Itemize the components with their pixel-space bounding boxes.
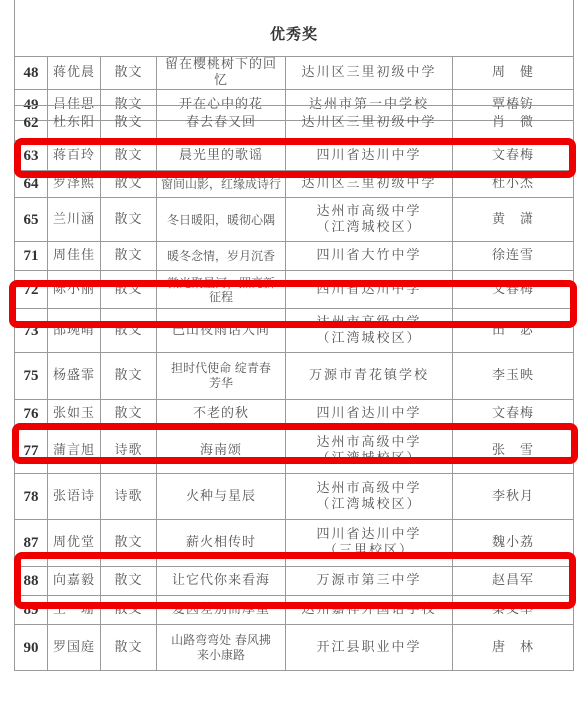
student-name: 陈小丽 <box>48 271 101 309</box>
table-row: 77 蒲言旭 诗歌 海南颂 达州市高级中学 （江湾城校区） 张 雪 <box>15 429 574 474</box>
genre: 散文 <box>101 171 157 198</box>
genre: 散文 <box>101 520 157 567</box>
work-title: 让它代你来看海 <box>157 567 286 596</box>
teacher-name: 田 宓 <box>453 309 574 353</box>
work-title: 留在樱桃树下的回忆 <box>157 57 286 90</box>
entry-number: 63 <box>15 141 48 171</box>
entry-number: 88 <box>15 567 48 596</box>
genre: 散文 <box>101 271 157 309</box>
school-name: 四川省达川中学 （三里校区） <box>286 520 453 567</box>
teacher-name: 黄 潇 <box>453 198 574 242</box>
work-title: 晨光里的歌谣 <box>157 141 286 171</box>
school-name: 四川省达川中学 <box>286 400 453 429</box>
table-row: 71 周佳佳 散文 暖冬念情，岁月沉香 四川省大竹中学 徐连雪 <box>15 242 574 271</box>
school-name: 达川区三里初级中学 <box>286 171 453 198</box>
teacher-name: 杜小杰 <box>453 171 574 198</box>
award-table-top: 优秀奖 48 蒋优晨 散文 留在樱桃树下的回忆 达川区三里初级中学 周 健 49… <box>14 0 574 121</box>
school-name: 达州市高级中学 （江湾城校区） <box>286 474 453 520</box>
teacher-name: 肖 微 <box>453 106 574 141</box>
table-row: 90 罗国庭 散文 山路弯弯处 春风拂 来小康路 开江县职业中学 唐 林 <box>15 625 574 671</box>
table-row: 65 兰川涵 散文 冬日暖阳，暖彻心隅 达州市高级中学 （江湾城校区） 黄 潇 <box>15 198 574 242</box>
table-row: 89 王 珊 散文 爱因差别而厚重 达州嘉祥外国语学校 秦文举 <box>15 596 574 625</box>
entry-number: 48 <box>15 57 48 90</box>
work-title: 巴山夜雨话人间 <box>157 309 286 353</box>
school-line: 达州市高级中学 <box>288 435 450 451</box>
work-title: 爱因差别而厚重 <box>157 596 286 625</box>
genre: 散文 <box>101 400 157 429</box>
work-title: 暖冬念情，岁月沉香 <box>157 242 286 271</box>
student-name: 向嘉毅 <box>48 567 101 596</box>
teacher-name: 文春梅 <box>453 400 574 429</box>
teacher-name: 文春梅 <box>453 271 574 309</box>
school-line: 达州市高级中学 <box>288 315 450 331</box>
genre: 诗歌 <box>101 474 157 520</box>
student-name: 兰川涵 <box>48 198 101 242</box>
genre: 散文 <box>101 106 157 141</box>
school-campus-line: （江湾城校区） <box>288 451 450 467</box>
entry-number: 64 <box>15 171 48 198</box>
genre: 散文 <box>101 309 157 353</box>
entry-number: 71 <box>15 242 48 271</box>
school-name: 四川省达川中学 <box>286 271 453 309</box>
table-row: 75 杨盛霏 散文 担时代使命 绽青春 芳华 万源市青花镇学校 李玉映 <box>15 353 574 400</box>
work-title: 冬日暖阳，暖彻心隅 <box>157 198 286 242</box>
student-name: 蒋优晨 <box>48 57 101 90</box>
work-title: 海南颂 <box>157 429 286 474</box>
teacher-name: 唐 林 <box>453 625 574 671</box>
school-line: 四川省达川中学 <box>288 527 450 543</box>
school-name: 达川区三里初级中学 <box>286 106 453 141</box>
school-name: 开江县职业中学 <box>286 625 453 671</box>
genre: 诗歌 <box>101 429 157 474</box>
student-name: 张语诗 <box>48 474 101 520</box>
student-name: 蒋百玲 <box>48 141 101 171</box>
teacher-name: 秦文举 <box>453 596 574 625</box>
genre: 散文 <box>101 625 157 671</box>
work-title-line: 微光聚星河，照亮新 <box>159 276 283 290</box>
table-row: 62 杜东阳 散文 春去春又回 达川区三里初级中学 肖 微 <box>15 106 574 141</box>
teacher-name: 赵昌军 <box>453 567 574 596</box>
school-line: 达州市高级中学 <box>288 481 450 497</box>
school-name: 万源市青花镇学校 <box>286 353 453 400</box>
work-title-line: 征程 <box>159 290 283 304</box>
table-row: 64 罗泽熙 散文 窗间山影，红缘成诗行 达川区三里初级中学 杜小杰 <box>15 171 574 198</box>
work-title: 山路弯弯处 春风拂 来小康路 <box>157 625 286 671</box>
work-title: 窗间山影，红缘成诗行 <box>157 171 286 198</box>
student-name: 张如玉 <box>48 400 101 429</box>
entry-number: 72 <box>15 271 48 309</box>
school-name: 达州市高级中学 （江湾城校区） <box>286 309 453 353</box>
entry-number: 75 <box>15 353 48 400</box>
school-name: 四川省大竹中学 <box>286 242 453 271</box>
table-row: 88 向嘉毅 散文 让它代你来看海 万源市第三中学 赵昌军 <box>15 567 574 596</box>
entry-number: 78 <box>15 474 48 520</box>
teacher-name: 徐连雪 <box>453 242 574 271</box>
work-title: 不老的秋 <box>157 400 286 429</box>
table-blank-row <box>15 0 574 26</box>
genre: 散文 <box>101 242 157 271</box>
school-name: 四川省达川中学 <box>286 141 453 171</box>
genre: 散文 <box>101 353 157 400</box>
school-line: 达州市高级中学 <box>288 204 450 220</box>
entry-number: 90 <box>15 625 48 671</box>
work-title-line: 担时代使命 绽青春 <box>159 361 283 376</box>
student-name: 周佳佳 <box>48 242 101 271</box>
school-campus-line: （三里校区） <box>288 543 450 559</box>
school-name: 达州市高级中学 （江湾城校区） <box>286 198 453 242</box>
table-row-highlighted: 76 张如玉 散文 不老的秋 四川省达川中学 文春梅 <box>15 400 574 429</box>
school-campus-line: （江湾城校区） <box>288 497 450 513</box>
table-row-highlighted: 87 周优堂 散文 薪火相传时 四川省达川中学 （三里校区） 魏小荔 <box>15 520 574 567</box>
award-category-header-row: 优秀奖 <box>15 26 574 57</box>
work-title-line: 芳华 <box>159 376 283 391</box>
teacher-name: 李玉映 <box>453 353 574 400</box>
student-name: 罗国庭 <box>48 625 101 671</box>
school-name: 达州市高级中学 （江湾城校区） <box>286 429 453 474</box>
work-title: 担时代使命 绽青春 芳华 <box>157 353 286 400</box>
student-name: 邵琬晴 <box>48 309 101 353</box>
teacher-name: 李秋月 <box>453 474 574 520</box>
entry-number: 65 <box>15 198 48 242</box>
table-row-highlighted: 72 陈小丽 散文 微光聚星河，照亮新 征程 四川省达川中学 文春梅 <box>15 271 574 309</box>
work-title: 火种与星辰 <box>157 474 286 520</box>
work-title: 春去春又回 <box>157 106 286 141</box>
school-campus-line: （江湾城校区） <box>288 331 450 347</box>
work-title-line: 山路弯弯处 春风拂 <box>159 633 283 648</box>
award-category-title: 优秀奖 <box>15 26 574 57</box>
teacher-name: 魏小荔 <box>453 520 574 567</box>
entry-number: 73 <box>15 309 48 353</box>
student-name: 蒲言旭 <box>48 429 101 474</box>
entry-number: 62 <box>15 106 48 141</box>
genre: 散文 <box>101 141 157 171</box>
work-title-line: 来小康路 <box>159 648 283 663</box>
genre: 散文 <box>101 198 157 242</box>
table-row: 78 张语诗 诗歌 火种与星辰 达州市高级中学 （江湾城校区） 李秋月 <box>15 474 574 520</box>
school-campus-line: （江湾城校区） <box>288 220 450 236</box>
table-row: 73 邵琬晴 散文 巴山夜雨话人间 达州市高级中学 （江湾城校区） 田 宓 <box>15 309 574 353</box>
student-name: 王 珊 <box>48 596 101 625</box>
school-name: 达州嘉祥外国语学校 <box>286 596 453 625</box>
student-name: 周优堂 <box>48 520 101 567</box>
entry-number: 87 <box>15 520 48 567</box>
teacher-name: 文春梅 <box>453 141 574 171</box>
school-name: 达川区三里初级中学 <box>286 57 453 90</box>
student-name: 杜东阳 <box>48 106 101 141</box>
entry-number: 77 <box>15 429 48 474</box>
entry-number: 89 <box>15 596 48 625</box>
genre: 散文 <box>101 57 157 90</box>
table-row-highlighted: 63 蒋百玲 散文 晨光里的歌谣 四川省达川中学 文春梅 <box>15 141 574 171</box>
entry-number: 76 <box>15 400 48 429</box>
work-title: 薪火相传时 <box>157 520 286 567</box>
table-row: 48 蒋优晨 散文 留在樱桃树下的回忆 达川区三里初级中学 周 健 <box>15 57 574 90</box>
genre: 散文 <box>101 596 157 625</box>
teacher-name: 张 雪 <box>453 429 574 474</box>
teacher-name: 周 健 <box>453 57 574 90</box>
award-list-document: 优秀奖 48 蒋优晨 散文 留在樱桃树下的回忆 达川区三里初级中学 周 健 49… <box>0 0 588 712</box>
work-title: 微光聚星河，照亮新 征程 <box>157 271 286 309</box>
genre: 散文 <box>101 567 157 596</box>
student-name: 杨盛霏 <box>48 353 101 400</box>
award-table-bottom: 62 杜东阳 散文 春去春又回 达川区三里初级中学 肖 微 63 蒋百玲 散文 … <box>14 105 574 671</box>
school-name: 万源市第三中学 <box>286 567 453 596</box>
student-name: 罗泽熙 <box>48 171 101 198</box>
